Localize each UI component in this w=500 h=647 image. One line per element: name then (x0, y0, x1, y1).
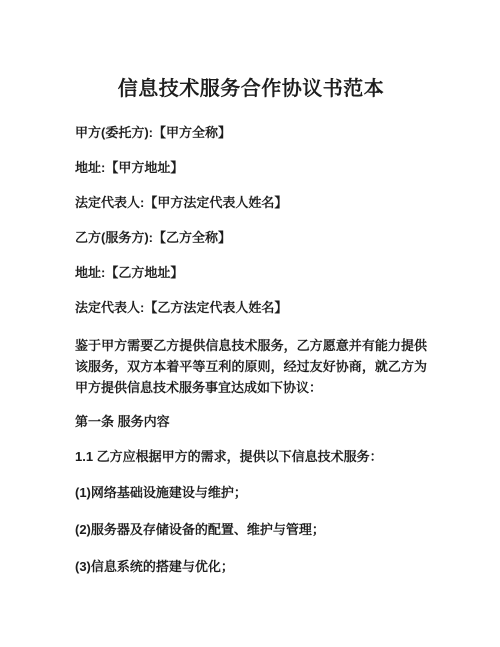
clause-1-1: 1.1 乙方应根据甲方的需求，提供以下信息技术服务： (75, 449, 427, 464)
service-item-2: (2)服务器及存储设备的配置、维护与管理； (75, 522, 427, 537)
document-title: 信息技术服务合作协议书范本 (75, 78, 427, 101)
party-a-address-line: 地址:【甲方地址】 (75, 160, 427, 175)
party-a-legal-representative-line: 法定代表人:【甲方法定代表人姓名】 (75, 195, 427, 210)
party-b-legal-representative-line: 法定代表人:【乙方法定代表人姓名】 (75, 300, 427, 315)
service-item-3: (3)信息系统的搭建与优化； (75, 559, 427, 574)
document-page: 信息技术服务合作协议书范本 甲方(委托方):【甲方全称】 地址:【甲方地址】 法… (0, 0, 500, 647)
section-1-heading: 第一条 服务内容 (75, 414, 427, 429)
document-content: 信息技术服务合作协议书范本 甲方(委托方):【甲方全称】 地址:【甲方地址】 法… (0, 0, 500, 574)
party-b-address-line: 地址:【乙方地址】 (75, 265, 427, 280)
party-b-name-line: 乙方(服务方):【乙方全称】 (75, 230, 427, 245)
preamble-paragraph: 鉴于甲方需要乙方提供信息技术服务，乙方愿意并有能力提供该服务，双方本着平等互利的… (75, 335, 427, 398)
party-a-name-line: 甲方(委托方):【甲方全称】 (75, 125, 427, 140)
service-item-1: (1)网络基础设施建设与维护； (75, 485, 427, 500)
